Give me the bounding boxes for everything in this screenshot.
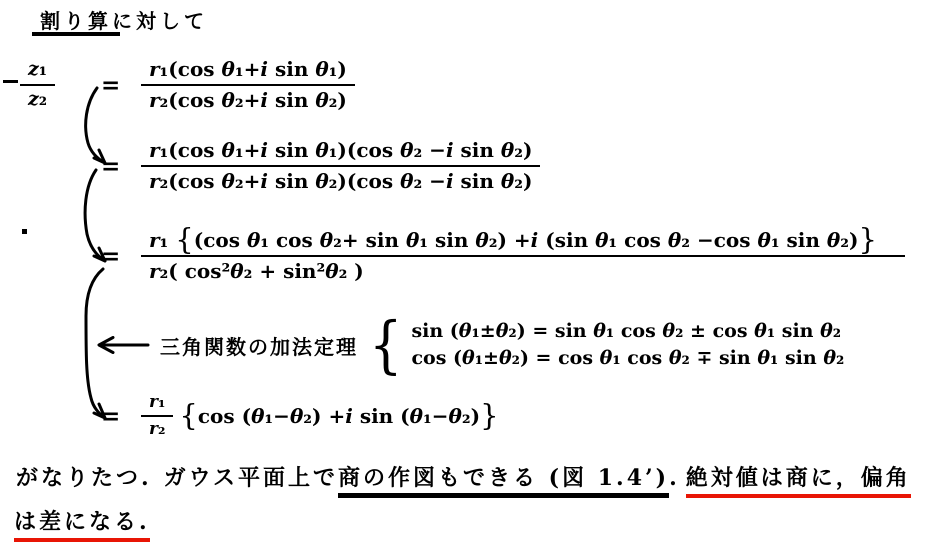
numerator: r₁ {(cos θ₁ cos θ₂+ sin θ₁ sin θ₂) +i (s…	[141, 226, 905, 255]
annotation-row: 三角関数の加法定理 { sin (θ₁±θ₂) = sin θ₁ cos θ₂ …	[96, 314, 844, 376]
numerator: r₁	[141, 390, 173, 415]
stray-dash-mark	[3, 80, 18, 83]
final-expression: {cos (θ₁−θ₂) +i sin (θ₁−θ₂)}	[179, 404, 498, 428]
scanned-textbook-page: 割り算に対して z₁ z₂ = r₁(cos θ₁+i sin θ₁) r₂(c…	[0, 0, 938, 546]
footer-black-underlined-quotient-construction: 商の作図もできる (図 1.4’)	[338, 461, 669, 498]
fraction: r₁ r₂	[141, 390, 173, 443]
fraction: r₁(cos θ₁+i sin θ₁) r₂(cos θ₂+i sin θ₂)	[141, 55, 355, 115]
footer-line-1: がなりたつ.ガウス平面上で商の作図もできる (図 1.4’).絶対値は商に，偏角	[16, 461, 911, 498]
fraction: r₁ {(cos θ₁ cos θ₂+ sin θ₁ sin θ₂) +i (s…	[141, 226, 905, 286]
equation-step-4: = r₁ r₂ {cos (θ₁−θ₂) +i sin (θ₁−θ₂)}	[101, 390, 499, 443]
footer-text-naritatsu: がなりたつ.	[16, 461, 152, 492]
equals-sign: =	[101, 153, 129, 180]
lhs-denominator: z₂	[20, 84, 55, 114]
addition-theorem-label: 三角関数の加法定理	[160, 331, 358, 360]
denominator: r₂( cos²θ₂ + sin²θ₂ )	[141, 255, 905, 286]
equals-sign: =	[101, 403, 129, 430]
fraction: r₁(cos θ₁+i sin θ₁)(cos θ₂ −i sin θ₂) r₂…	[141, 136, 540, 196]
equation-step-2: = r₁(cos θ₁+i sin θ₁)(cos θ₂ −i sin θ₂) …	[101, 136, 540, 196]
equals-sign: =	[101, 72, 129, 99]
footer-line-2: は差になる.	[14, 505, 150, 542]
equation-step-3: = r₁ {(cos θ₁ cos θ₂+ sin θ₁ sin θ₂) +i …	[101, 226, 905, 286]
numerator: r₁(cos θ₁+i sin θ₁)(cos θ₂ −i sin θ₂)	[141, 136, 540, 165]
footer-red-underlined-absolute-value: 絶対値は商に，偏角	[686, 461, 911, 498]
page-title: 割り算に対して	[40, 5, 208, 34]
denominator: r₂	[141, 415, 173, 442]
lhs-numerator: z₁	[20, 56, 55, 84]
lhs-fraction: z₁ z₂	[20, 56, 55, 114]
footer-period: .	[669, 465, 680, 491]
scan-dot-mark	[22, 229, 27, 234]
title-underline	[32, 32, 120, 36]
footer-red-underlined-difference: は差になる.	[14, 505, 150, 542]
equation-step-1: = r₁(cos θ₁+i sin θ₁) r₂(cos θ₂+i sin θ₂…	[101, 55, 355, 115]
footer-text-gauss-plane: ガウス平面上で	[164, 461, 338, 492]
identity-line-cos: cos (θ₁±θ₂) = cos θ₁ cos θ₂ ∓ sin θ₁ sin…	[411, 345, 844, 372]
left-arrow-icon	[96, 336, 150, 354]
brace-icon: {	[369, 314, 403, 376]
identity-line-sin: sin (θ₁±θ₂) = sin θ₁ cos θ₂ ± cos θ₁ sin…	[411, 318, 844, 345]
denominator: r₂(cos θ₂+i sin θ₂)	[141, 84, 355, 115]
equals-sign: =	[101, 243, 129, 270]
identity-list: sin (θ₁±θ₂) = sin θ₁ cos θ₂ ± cos θ₁ sin…	[411, 318, 844, 372]
numerator: r₁(cos θ₁+i sin θ₁)	[141, 55, 355, 84]
denominator: r₂(cos θ₂+i sin θ₂)(cos θ₂ −i sin θ₂)	[141, 165, 540, 196]
